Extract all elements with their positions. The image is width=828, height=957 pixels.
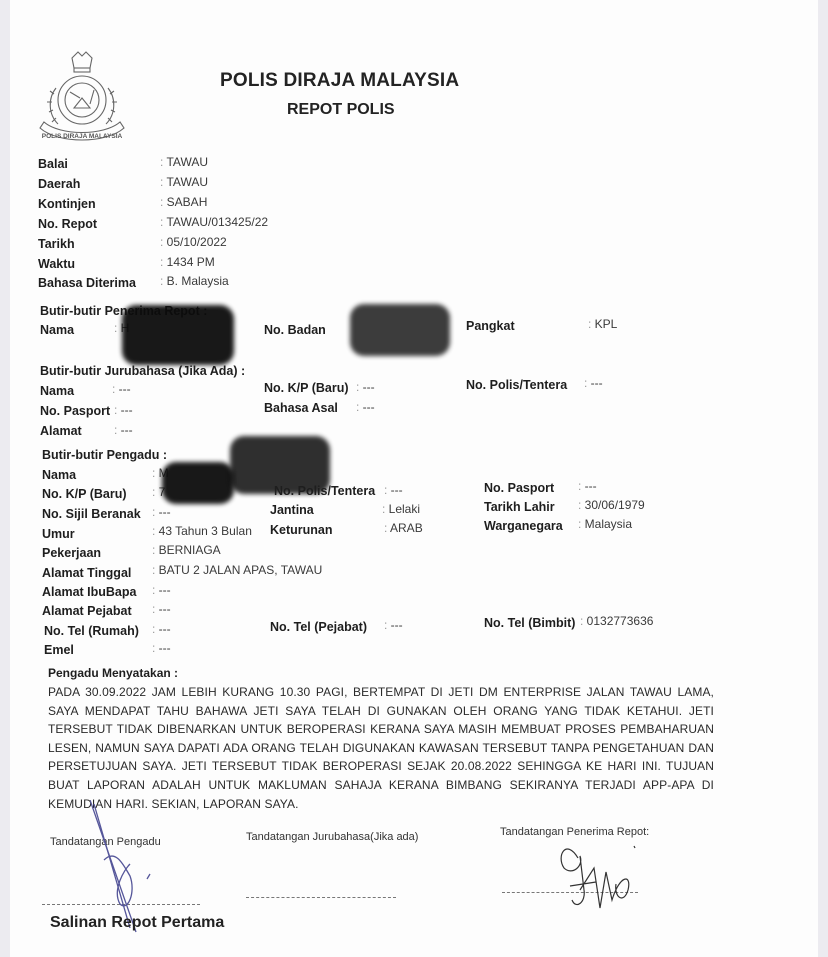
complainant-gender-label: Jantina [270, 503, 314, 517]
complainant-office-address-value: --- [152, 602, 171, 616]
complainant-mobile-label: No. Tel (Bimbit) [484, 616, 575, 630]
redaction-complainant-name [162, 462, 234, 504]
complainant-address-label: Alamat Tinggal [42, 566, 131, 580]
complainant-kp-label: No. K/P (Baru) [42, 487, 127, 501]
complainant-name-label: Nama [42, 468, 76, 482]
complainant-address-value: BATU 2 JALAN APAS, TAWAU [152, 563, 322, 577]
report-info-value: 1434 PM [160, 255, 215, 269]
interpreter-signature-line [246, 897, 396, 898]
pdrm-crest-icon: POLIS DIRAJA MALAYSIA [34, 48, 130, 146]
complainant-home-phone-label: No. Tel (Rumah) [44, 624, 139, 638]
report-info-value: 05/10/2022 [160, 235, 227, 249]
recipient-badge-label: No. Badan [264, 323, 326, 337]
report-info-value: TAWAU [160, 175, 208, 189]
complainant-age-label: Umur [42, 527, 75, 541]
complainant-police-label: No. Polis/Tentera [274, 484, 375, 498]
report-info-label: Bahasa Diterima [38, 276, 136, 290]
complainant-heading: Butir-butir Pengadu : [42, 448, 167, 462]
interpreter-police-value: --- [584, 376, 603, 390]
complainant-birthcert-label: No. Sijil Beranak [42, 507, 141, 521]
interpreter-heading: Butir-butir Jurubahasa (Jika Ada) : [40, 364, 245, 378]
complainant-ethnicity-value: ARAB [384, 521, 423, 535]
interpreter-language-label: Bahasa Asal [264, 401, 338, 415]
report-info-label: Waktu [38, 257, 75, 271]
complainant-dob-value: 30/06/1979 [578, 498, 645, 512]
complainant-parent-address-label: Alamat IbuBapa [42, 585, 136, 599]
statement-text: PADA 30.09.2022 JAM LEBIH KURANG 10.30 P… [48, 683, 714, 813]
interpreter-name-value: --- [112, 382, 131, 396]
recipient-rank-value: KPL [588, 317, 617, 331]
complainant-occupation-label: Pekerjaan [42, 546, 101, 560]
svg-text:POLIS DIRAJA MALAYSIA: POLIS DIRAJA MALAYSIA [42, 133, 123, 140]
report-info-label: Tarikh [38, 237, 75, 251]
complainant-parent-address-value: --- [152, 583, 171, 597]
recipient-rank-label: Pangkat [466, 319, 515, 333]
interpreter-passport-label: No. Pasport [40, 404, 110, 418]
complainant-occupation-value: BERNIAGA [152, 543, 221, 557]
complainant-email-value: --- [152, 641, 171, 655]
report-page: POLIS DIRAJA MALAYSIA POLIS DIRAJA MALAY… [10, 0, 818, 957]
interpreter-kp-value: --- [356, 380, 375, 394]
complainant-home-phone-value: --- [152, 622, 171, 636]
report-info-label: Balai [38, 157, 68, 171]
complainant-email-label: Emel [44, 643, 74, 657]
recipient-name-label: Nama [40, 323, 74, 337]
report-info-value: SABAH [160, 195, 207, 209]
complainant-age-value: 43 Tahun 3 Bulan [152, 524, 252, 538]
complainant-passport-value: --- [578, 479, 597, 493]
interpreter-language-value: --- [356, 400, 375, 414]
page-subtitle: REPOT POLIS [287, 101, 395, 119]
complainant-ethnicity-label: Keturunan [270, 523, 333, 537]
interpreter-kp-label: No. K/P (Baru) [264, 381, 349, 395]
complainant-citizenship-label: Warganegara [484, 519, 563, 533]
interpreter-signature-label: Tandatangan Jurubahasa(Jika ada) [246, 831, 418, 843]
report-info-value: TAWAU [160, 155, 208, 169]
page-title: POLIS DIRAJA MALAYSIA [220, 70, 459, 92]
complainant-office-address-label: Alamat Pejabat [42, 604, 132, 618]
redaction-badge-number [350, 304, 450, 356]
complainant-birthcert-value: --- [152, 505, 171, 519]
complainant-police-value: --- [384, 483, 403, 497]
interpreter-police-label: No. Polis/Tentera [466, 378, 567, 392]
complainant-gender-value: Lelaki [382, 502, 420, 516]
complainant-office-phone-value: --- [384, 618, 403, 632]
redaction-recipient-name [122, 305, 234, 365]
interpreter-name-label: Nama [40, 384, 74, 398]
complainant-citizenship-value: Malaysia [578, 517, 632, 531]
complainant-office-phone-label: No. Tel (Pejabat) [270, 620, 367, 634]
complainant-dob-label: Tarikh Lahir [484, 500, 555, 514]
recipient-signature-label: Tandatangan Penerima Repot: [500, 826, 649, 838]
interpreter-passport-value: --- [114, 403, 133, 417]
report-info-label: No. Repot [38, 217, 97, 231]
report-info-value: TAWAU/013425/22 [160, 215, 268, 229]
statement-heading: Pengadu Menyatakan : [48, 666, 178, 680]
complainant-mobile-value: 0132773636 [580, 614, 653, 628]
report-copy-label: Salinan Repot Pertama [50, 914, 224, 932]
complainant-passport-label: No. Pasport [484, 481, 554, 495]
interpreter-address-value: --- [114, 423, 133, 437]
report-info-value: B. Malaysia [160, 274, 229, 288]
recipient-signature-icon [550, 838, 640, 918]
report-info-label: Kontinjen [38, 197, 96, 211]
interpreter-address-label: Alamat [40, 424, 82, 438]
report-info-label: Daerah [38, 177, 80, 191]
